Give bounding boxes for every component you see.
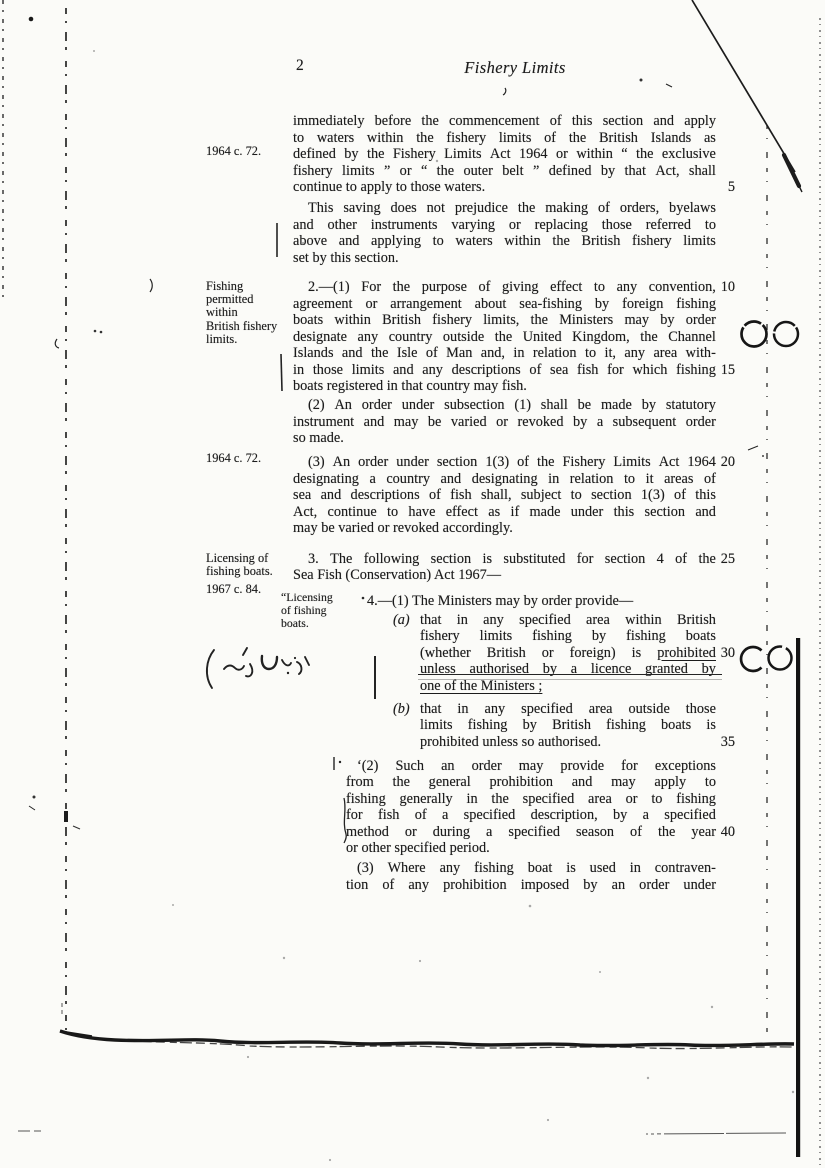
text-line: towaterswithinthefisherylimitsoftheBriti… xyxy=(293,130,716,147)
text-layer: 2 Fishery Limits 1964 c. 72. Fishingperm… xyxy=(0,0,825,1168)
text-line: agreementorarrangementaboutsea-fishingby… xyxy=(293,296,716,313)
text-line: immediatelybeforethecommencementofthisse… xyxy=(293,113,716,130)
text-line: so made. xyxy=(293,430,716,447)
margin-note-line: “Licensing xyxy=(281,591,343,604)
text-line: forfishofaspecifieddescription,byaspecif… xyxy=(346,807,716,824)
text-line: continue to apply to those waters.5 xyxy=(293,179,716,196)
text-line: aboveandapplyingtowaterswithintheBritish… xyxy=(293,233,716,250)
text-line: definedbytheFisheryLimitsAct1964orwithin… xyxy=(293,146,716,163)
text-line: andotherinstrumentsvaryingorreplacingtho… xyxy=(293,217,716,234)
running-title: Fishery Limits xyxy=(398,58,632,78)
margin-note-line: limits. xyxy=(206,333,296,346)
text-line: (whetherBritishorforeign)isprohibited30 xyxy=(420,645,716,662)
text-line: seaanddescriptionsoffishshall,subjecttos… xyxy=(293,487,716,504)
line-number: 5 xyxy=(697,179,735,196)
text-line: (b)thatinanyspecifiedareaoutsidethose xyxy=(420,701,716,718)
line-number: 35 xyxy=(697,734,735,751)
paragraph: 4.—(1) The Ministers may by order provid… xyxy=(346,593,716,610)
text-line: (2)Anorderundersubsection(1)shallbemadeb… xyxy=(293,397,716,414)
text-line: unlessauthorisedbyalicencegrantedby xyxy=(420,661,716,678)
scanned-statute-page: 2 Fishery Limits 1964 c. 72. Fishingperm… xyxy=(0,0,825,1168)
text-line: methodorduringaspecifiedseasonoftheyear4… xyxy=(346,824,716,841)
text-line: IslandsandtheIsleofManand,inrelationtoit… xyxy=(293,345,716,362)
text-line: fishinggenerallyinthespecifiedareaortofi… xyxy=(346,791,716,808)
margin-note-line: British fishery xyxy=(206,320,296,333)
margin-note-line: fishing boats. xyxy=(206,565,296,578)
text-line: Thissavingdoesnotprejudicethemakingoford… xyxy=(293,200,716,217)
line-number: 15 xyxy=(697,362,735,379)
margin-note-line: boats. xyxy=(281,617,343,630)
text-line: boats registered in that country may fis… xyxy=(293,378,716,395)
quoted-section-column: 4.—(1) The Ministers may by order provid… xyxy=(346,593,716,893)
paragraph: (b)thatinanyspecifiedareaoutsidethoselim… xyxy=(346,701,716,751)
text-line: set by this section. xyxy=(293,250,716,267)
text-line: fromthegeneralprohibitionandmayapplyto xyxy=(346,774,716,791)
text-line: may be varied or revoked accordingly. xyxy=(293,520,716,537)
main-text-column: immediatelybeforethecommencementofthisse… xyxy=(293,113,716,584)
paragraph: (a)thatinanyspecifiedareawithinBritishfi… xyxy=(346,612,716,695)
paragraph: (3)Anorderundersection1(3)oftheFisheryLi… xyxy=(293,454,716,537)
text-line: 2.—(1)Forthepurposeofgivingeffecttoanyco… xyxy=(293,279,716,296)
text-line: designatingacountryanddesignatinginrelat… xyxy=(293,471,716,488)
page-number: 2 xyxy=(296,57,304,75)
text-line: tionofanyprohibitionimposedbyanorderunde… xyxy=(346,877,716,894)
text-line: or other specified period. xyxy=(346,840,716,857)
paragraph: Thissavingdoesnotprejudicethemakingoford… xyxy=(293,200,716,266)
list-marker: (a) xyxy=(393,612,410,629)
margin-note-line: 1964 c. 72. xyxy=(206,452,296,465)
text-line: ‘(2)Suchanordermayprovideforexceptions xyxy=(346,758,716,775)
margin-note-citation-1964: 1964 c. 72. xyxy=(206,145,296,158)
margin-note-citation-1964b: 1964 c. 72. xyxy=(206,452,296,465)
line-number: 30 xyxy=(697,645,735,662)
text-line: Act,continuetohaveeffectasifmadeunderthi… xyxy=(293,504,716,521)
line-number: 25 xyxy=(697,551,735,568)
paragraph: immediatelybeforethecommencementofthisse… xyxy=(293,113,716,196)
list-marker: (b) xyxy=(393,701,410,718)
text-line: designateanycountryoutsidetheUnitedKingd… xyxy=(293,329,716,346)
line-number: 20 xyxy=(697,454,735,471)
text-line: 3.Thefollowingsectionissubstitutedforsec… xyxy=(293,551,716,568)
margin-note-line: of fishing xyxy=(281,604,343,617)
text-line: inthoselimitsandanydescriptionsofseafish… xyxy=(293,362,716,379)
line-number: 10 xyxy=(697,279,735,296)
text-line: 4.—(1) The Ministers may by order provid… xyxy=(346,593,716,610)
margin-note-section-2: FishingpermittedwithinBritish fisherylim… xyxy=(206,280,296,346)
paragraph: ‘(2)Suchanordermayprovideforexceptionsfr… xyxy=(346,758,716,857)
margin-note-line: within xyxy=(206,306,296,319)
text-line: (3)Whereanyfishingboatisusedincontraven- xyxy=(346,860,716,877)
paragraph: 3.Thefollowingsectionissubstitutedforsec… xyxy=(293,551,716,584)
line-number: 40 xyxy=(697,824,735,841)
text-line: Sea Fish (Conservation) Act 1967— xyxy=(293,567,716,584)
text-line: (3)Anorderundersection1(3)oftheFisheryLi… xyxy=(293,454,716,471)
paragraph: (3)Whereanyfishingboatisusedincontraven-… xyxy=(346,860,716,893)
text-line: (a)thatinanyspecifiedareawithinBritish xyxy=(420,612,716,629)
text-line: fisherylimits”or“theouterbelt”definedbyt… xyxy=(293,163,716,180)
text-line: boatswithinBritishfisherylimits,theMinis… xyxy=(293,312,716,329)
margin-note-quoted-section: “Licensingof fishingboats. xyxy=(281,591,343,629)
margin-note-line: 1964 c. 72. xyxy=(206,145,296,158)
text-line: limitsfishingbyBritishfishingboatsis xyxy=(420,717,716,734)
text-line: instrumentandmaybevariedorrevokedbyasubs… xyxy=(293,414,716,431)
text-line: fisherylimitsfishingbyfishingboats xyxy=(420,628,716,645)
paragraph: 2.—(1)Forthepurposeofgivingeffecttoanyco… xyxy=(293,279,716,395)
text-line: prohibited unless so authorised.35 xyxy=(420,734,716,751)
paragraph: (2)Anorderundersubsection(1)shallbemadeb… xyxy=(293,397,716,447)
text-line: one of the Ministers ; xyxy=(420,678,716,695)
